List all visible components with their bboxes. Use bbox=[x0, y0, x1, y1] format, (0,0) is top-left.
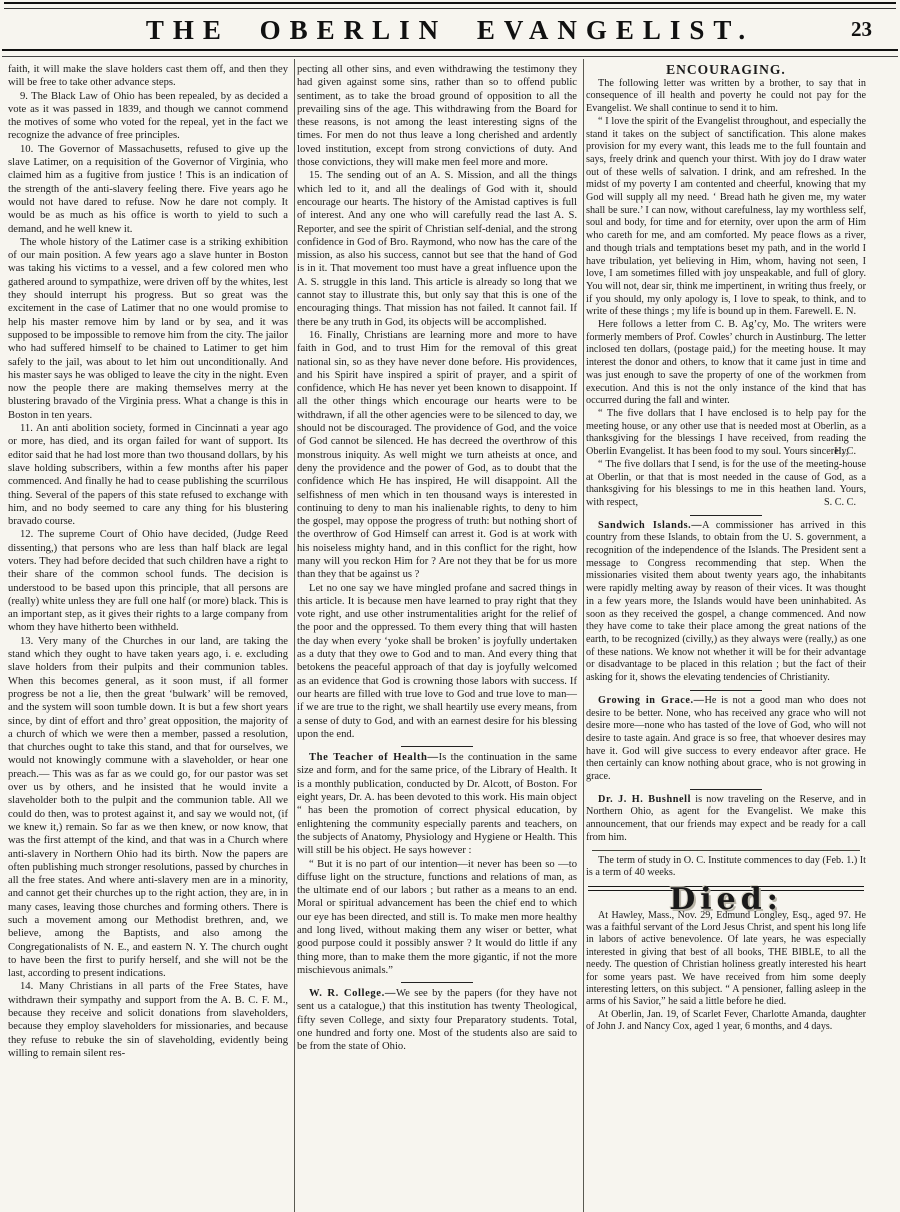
item-13-churches: 13. Very many of the Churches in our lan… bbox=[8, 635, 288, 981]
wr-college-article: W. R. College.—We see by the papers (for… bbox=[297, 987, 577, 1053]
sandwich-islands-lead: Sandwich Islands.— bbox=[598, 520, 702, 531]
top-rule bbox=[4, 2, 896, 9]
article-continuation: faith, it will make the slave holders ca… bbox=[8, 63, 288, 90]
died-section: Died: At Hawley, Mass., Nov. 29, Edmund … bbox=[586, 894, 866, 1034]
item-10-governor-massachusetts: 10. The Governor of Massachusetts, refus… bbox=[8, 143, 288, 236]
section-divider bbox=[401, 982, 473, 983]
profane-and-sacred-paragraph: Let no one say we have mingled profane a… bbox=[297, 582, 577, 742]
item-14-free-states: 14. Many Christians in all parts of the … bbox=[8, 980, 288, 1060]
teacher-of-health-article: The Teacher of Health—Is the continuatio… bbox=[297, 751, 577, 857]
growing-in-grace-article: Growing in Grace.—He is not a good man w… bbox=[586, 695, 866, 784]
item-12-supreme-court-ohio: 12. The supreme Court of Ohio have decid… bbox=[8, 528, 288, 634]
column-3: ENCOURAGING. The following letter was wr… bbox=[584, 63, 872, 1212]
item-11-anti-abolition-society: 11. An anti abolition society, formed in… bbox=[8, 422, 288, 528]
growing-in-grace-lead: Growing in Grace.— bbox=[598, 695, 704, 706]
section-divider bbox=[690, 789, 762, 790]
obituary-cox: At Oberlin, Jan. 19, of Scarlet Fever, C… bbox=[586, 1009, 866, 1034]
teacher-of-health-text: Is the continuation in the same size and… bbox=[297, 752, 577, 856]
encouraging-heading: ENCOURAGING. bbox=[586, 64, 866, 77]
bushnell-notice: Dr. J. H. Bushnell is now traveling on t… bbox=[586, 794, 866, 845]
agcy-letter-intro: Here follows a letter from C. B. Ag’cy, … bbox=[586, 319, 866, 408]
column-layout: faith, it will make the slave holders ca… bbox=[0, 57, 900, 1212]
wr-college-lead: W. R. College.— bbox=[309, 988, 396, 999]
obituary-longley: At Hawley, Mass., Nov. 29, Edmund Longle… bbox=[586, 910, 866, 1009]
article-continuation-2: pecting all other sins, and even withdra… bbox=[297, 63, 577, 169]
item-15-as-mission: 15. The sending out of an A. S. Mission,… bbox=[297, 169, 577, 329]
section-divider bbox=[690, 690, 762, 691]
newspaper-title: THE OBERLIN EVANGELIST. bbox=[0, 9, 900, 46]
died-heading: Died: bbox=[586, 894, 866, 907]
item-9-black-law: 9. The Black Law of Ohio has been repeal… bbox=[8, 90, 288, 143]
notice-rule bbox=[592, 850, 860, 851]
encouraging-intro: The following letter was written by a br… bbox=[586, 78, 866, 116]
teacher-of-health-quote: “ But it is no part of our intention—it … bbox=[297, 858, 577, 978]
teacher-of-health-lead: The Teacher of Health— bbox=[309, 752, 439, 763]
term-of-study-notice: The term of study in O. C. Institute com… bbox=[586, 855, 866, 880]
sandwich-islands-article: Sandwich Islands.—A commissioner has arr… bbox=[586, 520, 866, 685]
brother-letter: “ I love the spirit of the Evangelist th… bbox=[586, 116, 866, 319]
latimer-case-paragraph: The whole history of the Latimer case is… bbox=[8, 236, 288, 422]
column-2: pecting all other sins, and even withdra… bbox=[295, 63, 583, 1212]
page-number: 23 bbox=[851, 17, 872, 42]
newspaper-page: THE OBERLIN EVANGELIST. 23 faith, it wil… bbox=[0, 0, 900, 1212]
masthead-rule bbox=[2, 49, 898, 57]
five-dollars-enclosed-letter: “ The five dollars that I have enclosed … bbox=[586, 408, 866, 459]
section-divider bbox=[401, 746, 473, 747]
column-1: faith, it will make the slave holders ca… bbox=[6, 63, 294, 1212]
masthead-row: THE OBERLIN EVANGELIST. 23 bbox=[0, 9, 900, 47]
item-16-faith-in-god: 16. Finally, Christians are learning mor… bbox=[297, 329, 577, 582]
masthead: THE OBERLIN EVANGELIST. 23 bbox=[0, 2, 900, 57]
growing-in-grace-text: He is not a good man who does not desire… bbox=[586, 695, 866, 782]
sandwich-islands-text: A commissioner has arrived in this count… bbox=[586, 520, 866, 683]
bushnell-lead: Dr. J. H. Bushnell bbox=[598, 794, 691, 805]
section-divider bbox=[690, 515, 762, 516]
